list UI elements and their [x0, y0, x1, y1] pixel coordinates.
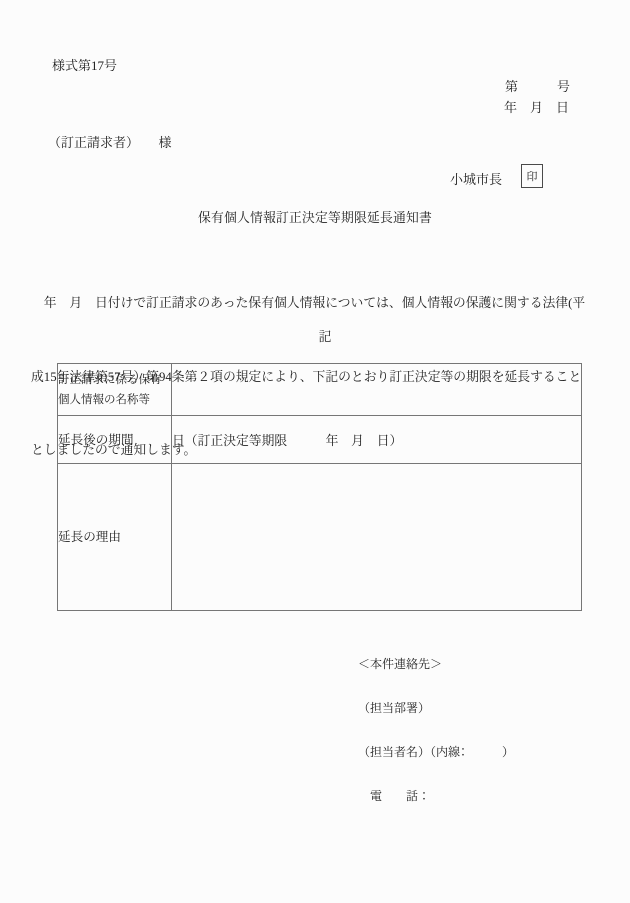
seal-box: 印 — [521, 164, 543, 188]
row-label-reason: 延長の理由 — [58, 464, 172, 611]
form-number: 様式第17号 — [52, 55, 117, 74]
issuer-name: 小城市長 — [450, 169, 502, 188]
contact-block: ＜本件連絡先＞ （担当部署） （担当者名）（内線： ） 電 話： — [358, 628, 514, 832]
row-value-period: 日（訂正決定等期限 年 月 日） — [172, 416, 582, 464]
table-row-name: 訂正請求に係る保有 個人情報の名称等 — [58, 364, 582, 416]
document-title: 保有個人情報訂正決定等期限延長通知書 — [0, 207, 630, 226]
table-row-period: 延長後の期間 日（訂正決定等期限 年 月 日） — [58, 416, 582, 464]
contact-department: （担当部署） — [358, 701, 514, 716]
ki-marker: 記 — [0, 326, 630, 345]
paragraph-line-1: 年 月 日付けで訂正請求のあった保有個人情報については、個人情報の保護に関する法… — [31, 291, 585, 316]
document-page: 様式第17号 第 号 年 月 日 （訂正請求者） 様 小城市長 印 保有個人情報… — [0, 0, 630, 903]
date-line: 年 月 日 — [504, 97, 569, 116]
contact-person: （担当者名）（内線： ） — [358, 745, 514, 760]
row-value-name — [172, 364, 582, 416]
details-table: 訂正請求に係る保有 個人情報の名称等 延長後の期間 日（訂正決定等期限 年 月 … — [57, 363, 582, 611]
contact-phone: 電 話： — [358, 789, 514, 804]
table-row-reason: 延長の理由 — [58, 464, 582, 611]
row-value-reason — [172, 464, 582, 611]
contact-heading: ＜本件連絡先＞ — [358, 657, 514, 672]
addressee-line: （訂正請求者） 様 — [48, 132, 172, 151]
row-label-period: 延長後の期間 — [58, 416, 172, 464]
document-number-line: 第 号 — [505, 76, 570, 95]
seal-character: 印 — [527, 168, 538, 184]
row-label-name: 訂正請求に係る保有 個人情報の名称等 — [58, 364, 172, 416]
